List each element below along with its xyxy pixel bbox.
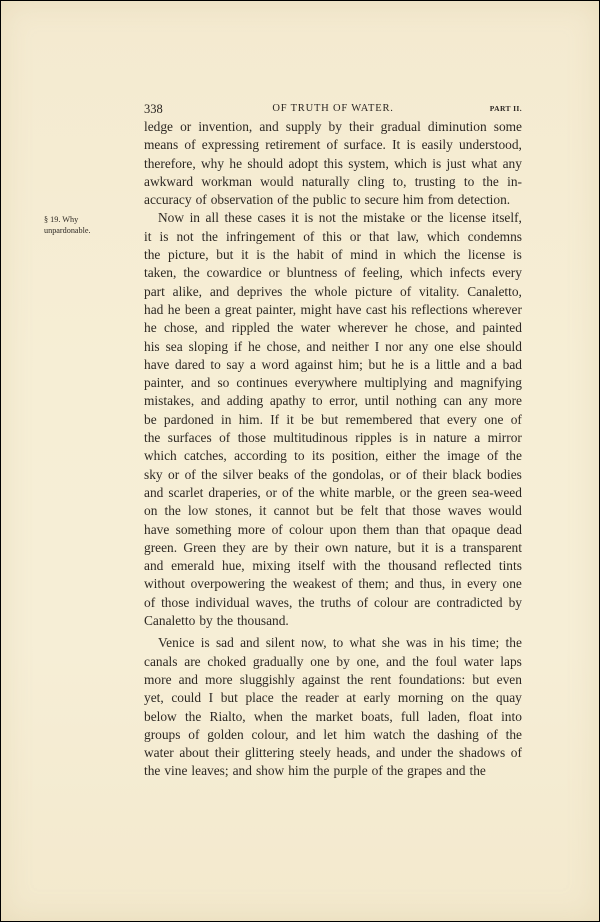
text-line: withoutoverpoweringtheweakestofthem;andt… (144, 575, 522, 593)
text-line: thevineleaves;andshowhimthepurpleofthegr… (144, 762, 522, 780)
text-line: painter,andsocontinueseverywheremultiply… (144, 374, 522, 392)
text-line: andscarletdraperies,orofthewhitemarble,o… (144, 484, 522, 502)
text-line: havesomethingmoreofcolouruponthemthantha… (144, 521, 522, 539)
text-line: green.Greentheyarebytheirownnature,butit… (144, 539, 522, 557)
book-page: 338 OF TRUTH OF WATER. PART II. § 19. Wh… (1, 1, 599, 921)
text-line: havedaredtosayawordagainsthim;butheisali… (144, 356, 522, 374)
text-line: thesurfacesofthosemultitudinousripplesis… (144, 429, 522, 447)
text-line: meansofexpressingretirementofsurface.Iti… (144, 136, 522, 154)
text-line: andemeraldhue,mixingitselfwiththethousan… (144, 557, 522, 575)
margin-note-title: unpardonable. (44, 225, 134, 236)
text-line: whichcatches,accordingtoitsposition,eith… (144, 447, 522, 465)
text-line: ofthoseindividualwaves,thetruthsofcolour… (144, 594, 522, 612)
paragraph: Veniceissadandsilentnow,towhatshewasinhi… (144, 634, 522, 780)
text-line: ledgeorinvention,andsupplybytheirgradual… (144, 118, 522, 136)
paragraph: ledgeorinvention,andsupplybytheirgradual… (144, 118, 522, 209)
text-line: therefore,whyheshouldadoptthissystem,whi… (144, 155, 522, 173)
text-line: Veniceissadandsilentnow,towhatshewasinhi… (144, 634, 522, 652)
text-line: hadhebeenagreatpainter,mighthavecasthisr… (144, 301, 522, 319)
text-line: moreandmoresluggishlyagainsttherentfound… (144, 671, 522, 689)
text-line: mistakes,andaddingapathytoerror,untilnot… (144, 392, 522, 410)
text-line: onthelowstones,itcannotbutbefeltthatthos… (144, 502, 522, 520)
paragraph: Nowinallthesecasesitisnotthemistakeorthe… (144, 209, 522, 630)
text-line: hechose,andrippledthewaterwhereverhechos… (144, 319, 522, 337)
text-line: itisnottheinfringementofthisorthatlaw,wh… (144, 228, 522, 246)
margin-note-section: § 19. Why (44, 214, 134, 225)
body-text: ledgeorinvention,andsupplybytheirgradual… (144, 118, 522, 781)
text-line: Canalettobythethousand. (144, 612, 522, 630)
text-line: accuracyofobservationofthepublictosecure… (144, 191, 522, 209)
running-title: OF TRUTH OF WATER. (144, 103, 522, 114)
text-line: waterabouttheirglitteringsteelyheads,and… (144, 744, 522, 762)
text-line: awkwardworkmanwouldnaturallyclingto,trus… (144, 173, 522, 191)
text-line: Nowinallthesecasesitisnotthemistakeorthe… (144, 209, 522, 227)
part-label: PART II. (490, 104, 522, 113)
text-line: bepardonedinhim.Ifitbebutrememberedthate… (144, 411, 522, 429)
text-line: yet,couldIbutplacethereaderatearlymornin… (144, 689, 522, 707)
text-line: taken,thecowardiceorbluntnessoffeeling,w… (144, 264, 522, 282)
running-header: 338 OF TRUTH OF WATER. PART II. (144, 102, 522, 118)
margin-note: § 19. Why unpardonable. (44, 214, 134, 236)
text-line: skyorofthesilverbeaksofthegondolas,oroft… (144, 466, 522, 484)
text-line: canalsarechokedgraduallyonebyone,andthef… (144, 653, 522, 671)
text-line: partalike,anddeprivesthewholepictureofvi… (144, 283, 522, 301)
text-line: hisseaslopingifhechose,andneitherInorany… (144, 338, 522, 356)
text-line: thepicture,butitisthehabitofmindinwhicht… (144, 246, 522, 264)
text-line: belowtheRialto,whenthemarketboats,fullla… (144, 708, 522, 726)
text-line: groupsofgoldencolour,andlethimwatchtheda… (144, 726, 522, 744)
